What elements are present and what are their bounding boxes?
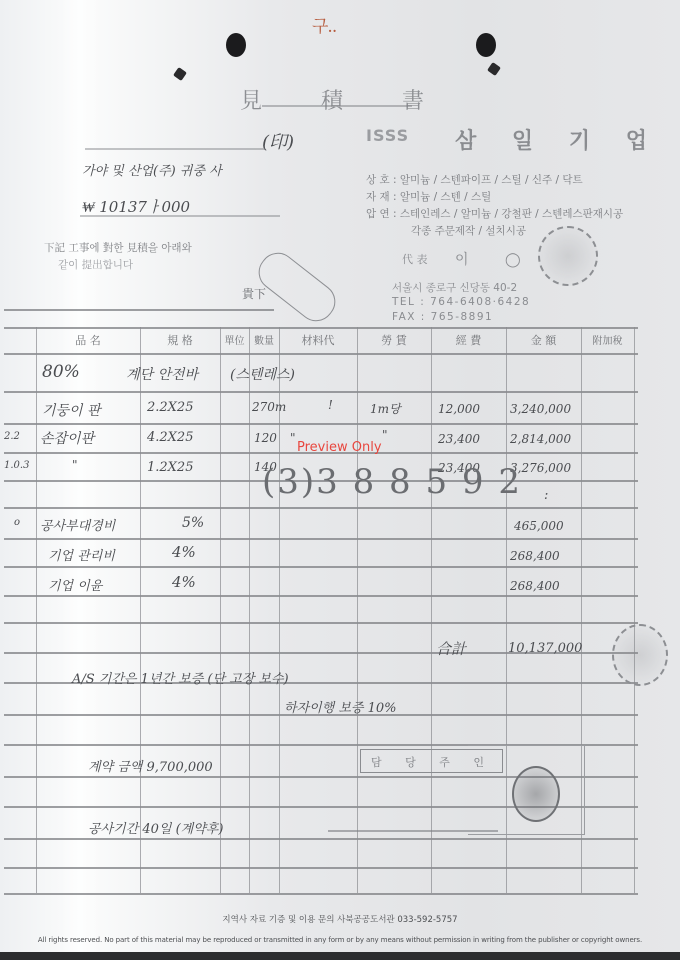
note-construction-period: 공사기간 40일 (계약후) (88, 818, 223, 837)
grid-col-line (357, 327, 358, 893)
row-8-amount: 268,400 (510, 579, 560, 593)
stamped-serial-number: (3)3 8 8 5 9 2 (262, 462, 522, 502)
note-warranty: A/S 기간은 1년간 보증 (단 고장 보수) (72, 668, 289, 687)
recipient-line-1 (85, 148, 265, 150)
scanned-document-page: 구.. 見 積 書 (印) 가야 및 산업(주) 귀중 사 ₩ 10137ㅏ00… (0, 0, 680, 960)
row-3-expense: 23,400 (438, 432, 480, 446)
header-vat: 附加稅 (581, 332, 634, 347)
grid-col-line (220, 327, 221, 893)
row-5-amount: : (544, 488, 548, 503)
footer-library-contact: 지역사 자료 기증 및 이용 문의 사북공공도서관 033-592-5757 (0, 913, 680, 925)
row-2-item-name: 기둥이 판 (42, 400, 101, 420)
row-6-amount: 465,000 (514, 519, 564, 533)
business-lines: 상 호 : 알미늄 / 스텐파이프 / 스틸 / 신주 / 닥트 자 재 : 알… (366, 172, 623, 240)
header-expense: 經 費 (431, 332, 506, 348)
company-tel: TEL : 764-6408·6428 (392, 296, 530, 308)
representative-label: 代 表 (402, 251, 428, 267)
header-labor: 勞 賃 (357, 332, 431, 348)
business-line-2: 자 재 : 알미늄 / 스텐 / 스틸 (366, 189, 623, 206)
grid-col-line (431, 327, 432, 893)
row-7-rate: 4% (172, 543, 196, 561)
grid-col-line (140, 327, 141, 893)
company-fax: FAX : 765-8891 (392, 311, 493, 323)
punch-hole-left (226, 33, 246, 57)
row-3-spec: 4.2X25 (147, 430, 193, 445)
representative-name: 이 ◯ (455, 249, 537, 269)
title-underline (262, 105, 412, 107)
grid-col-line (249, 327, 250, 893)
footer-copyright: All rights reserved. No part of this mat… (0, 936, 680, 944)
header-unit: 單位 (220, 332, 249, 347)
company-address: 서울시 종로구 신당동 40-2 (392, 280, 517, 295)
row-3-amount: 2,814,000 (510, 432, 571, 446)
note-contract-amount: 계약 금액 9,700,000 (88, 756, 213, 775)
row-2-material: ! (328, 398, 333, 412)
total-value: 10,137,000 (508, 641, 582, 656)
row-6-item-name: 공사부대경비 (40, 515, 115, 534)
circled-mark: (印) (262, 128, 294, 154)
honorific: 貴下 (242, 285, 266, 302)
row-6-rate: 5% (182, 515, 204, 531)
row-6-prefix: o (14, 517, 20, 528)
red-handwritten-mark: 구.. (312, 12, 336, 37)
note-defect-bond: 하자이행 보증 10% (284, 697, 397, 716)
greeting-line-1: 下記 工事에 對한 見積을 아래와 (44, 240, 192, 255)
row-7-amount: 268,400 (510, 549, 560, 563)
row-2-amount: 3,240,000 (510, 402, 571, 416)
grid-line (4, 538, 638, 540)
grid-line (4, 838, 638, 840)
grid-line (4, 595, 638, 597)
greeting-line-2: 같이 提出합니다 (58, 257, 133, 272)
punch-hole-right (476, 33, 496, 57)
company-name: 삼 일 기 업 (455, 124, 661, 155)
header-material-cost: 材料代 (279, 332, 357, 348)
business-line-3: 압 연 : 스테인레스 / 알미늄 / 강철판 / 스텐레스판재시공 (366, 206, 623, 223)
grid-line (4, 327, 638, 329)
row-1-spec: (스텐레스) (230, 364, 295, 384)
row-3-item-name: 손잡이판 (40, 428, 94, 448)
row-2-spec: 2.2X25 (147, 400, 193, 415)
company-logo: ISSS (366, 126, 409, 145)
tear-mark-right (487, 62, 501, 76)
recipient-name: 가야 및 산업(주) 귀중 사 (82, 160, 222, 179)
company-seal (538, 226, 598, 286)
document-title: 見 積 書 (240, 84, 450, 115)
row-7-item-name: 기업 관리비 (48, 545, 115, 564)
row-1-item-name: 계단 안전바 (126, 364, 198, 384)
header-spec: 規 格 (144, 332, 216, 348)
grid-line (4, 423, 638, 425)
header-amount: 金 額 (506, 332, 581, 348)
tear-mark-left (173, 67, 187, 81)
scan-bottom-edge (0, 952, 680, 960)
row-3-quantity: 120 (254, 431, 277, 445)
grid-line (4, 353, 638, 355)
grid-col-line (634, 327, 635, 893)
row-3-prefix: 2.2 (4, 431, 20, 442)
preview-watermark: Preview Only (297, 440, 382, 455)
grid-line (4, 309, 274, 311)
grid-line (4, 507, 638, 509)
header-quantity: 數量 (249, 332, 279, 347)
business-line-1: 상 호 : 알미늄 / 스텐파이프 / 스틸 / 신주 / 닥트 (366, 172, 623, 189)
row-3-material: " (290, 431, 296, 445)
row-2-labor: 1m당 (370, 400, 401, 417)
row-8-rate: 4% (172, 573, 196, 591)
grid-line (4, 622, 638, 624)
row-3-labor: " (382, 428, 388, 442)
header-item-name: 品 名 (40, 332, 136, 348)
row-8-item-name: 기업 이윤 (48, 575, 102, 594)
recipient-line-2 (80, 215, 280, 217)
grid-line (4, 566, 638, 568)
row-2-quantity: 270m (252, 400, 286, 414)
row-2-expense: 12,000 (438, 402, 480, 416)
row-4-item-name: " (72, 458, 78, 472)
grid-line (4, 893, 638, 895)
official-seal (512, 766, 560, 822)
total-seal-stamp (612, 624, 668, 686)
total-label: 合計 (436, 638, 466, 659)
row-1-prefix: 80% (42, 362, 80, 382)
grid-col-line (36, 327, 37, 893)
row-4-spec: 1.2X25 (147, 460, 193, 475)
row-4-prefix: 1.0.3 (4, 460, 29, 471)
grid-line (4, 391, 638, 393)
grid-line (4, 867, 638, 869)
quoted-amount: ₩ 10137ㅏ000 (82, 196, 190, 217)
